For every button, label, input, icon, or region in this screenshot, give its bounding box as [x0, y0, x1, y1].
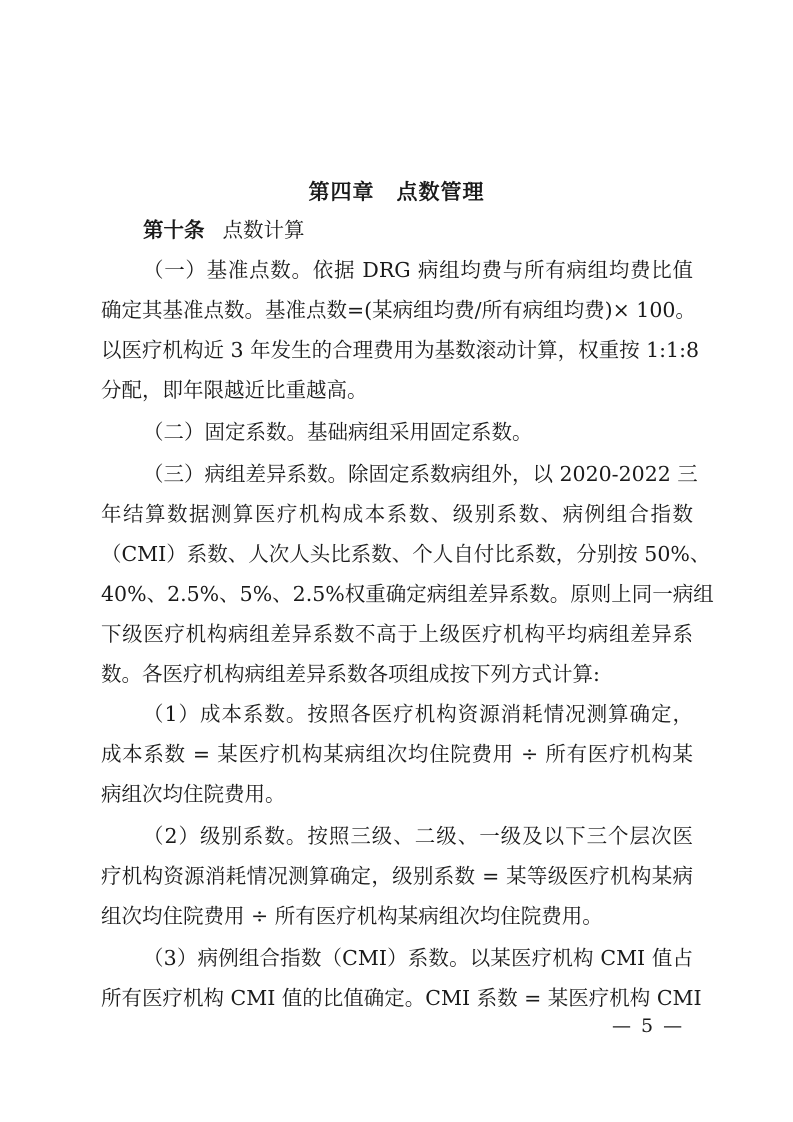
article-number: 第十条	[143, 218, 205, 242]
chapter-title: 第四章 点数管理	[0, 176, 793, 206]
paragraph-line: 所有医疗机构 CMI 值的比值确定。CMI 系数 = 某医疗机构 CMI	[101, 986, 693, 1010]
paragraph-line: 成本系数 = 某医疗机构某病组次均住院费用 ÷ 所有医疗机构某	[101, 742, 693, 766]
paragraph-line: 病组次均住院费用。	[101, 782, 693, 806]
paragraph-line: 下级医疗机构病组差异系数不高于上级医疗机构平均病组差异系	[101, 622, 693, 646]
paragraph-line: 分配，即年限越近比重越高。	[101, 378, 693, 402]
paragraph-line: （二）固定系数。基础病组采用固定系数。	[143, 420, 693, 444]
page-number: — 5 —	[612, 1015, 684, 1037]
paragraph-line: 组次均住院费用 ÷ 所有医疗机构某病组次均住院费用。	[101, 904, 693, 928]
paragraph-line: （三）病组差异系数。除固定系数病组外，以 2020-2022 三	[143, 462, 693, 486]
paragraph-line: 疗机构资源消耗情况测算确定，级别系数 = 某等级医疗机构某病	[101, 864, 693, 888]
paragraph-line: （3）病例组合指数（CMI）系数。以某医疗机构 CMI 值占	[143, 946, 693, 970]
paragraph-line: （1）成本系数。按照各医疗机构资源消耗情况测算确定，	[143, 702, 693, 726]
paragraph-line: 数。各医疗机构病组差异系数各项组成按下列方式计算:	[101, 662, 693, 686]
paragraph-line: （一）基准点数。依据 DRG 病组均费与所有病组均费比值	[143, 258, 693, 282]
document-page: 第四章 点数管理 第十条点数计算 （一）基准点数。依据 DRG 病组均费与所有病…	[0, 0, 793, 1122]
paragraph-line: 年结算数据测算医疗机构成本系数、级别系数、病例组合指数	[101, 502, 693, 526]
paragraph-line: （CMI）系数、人次人头比系数、个人自付比系数，分别按 50%、	[101, 542, 693, 566]
paragraph-line: 40%、2.5%、5%、2.5%权重确定病组差异系数。原则上同一病组	[101, 582, 693, 606]
paragraph-line: （2）级别系数。按照三级、二级、一级及以下三个层次医	[143, 824, 693, 848]
article-title: 点数计算	[223, 218, 305, 242]
article-heading: 第十条点数计算	[143, 218, 693, 242]
paragraph-line: 确定其基准点数。基准点数=(某病组均费/所有病组均费)× 100。	[101, 298, 693, 322]
paragraph-line: 以医疗机构近 3 年发生的合理费用为基数滚动计算，权重按 1:1:8	[101, 338, 693, 362]
